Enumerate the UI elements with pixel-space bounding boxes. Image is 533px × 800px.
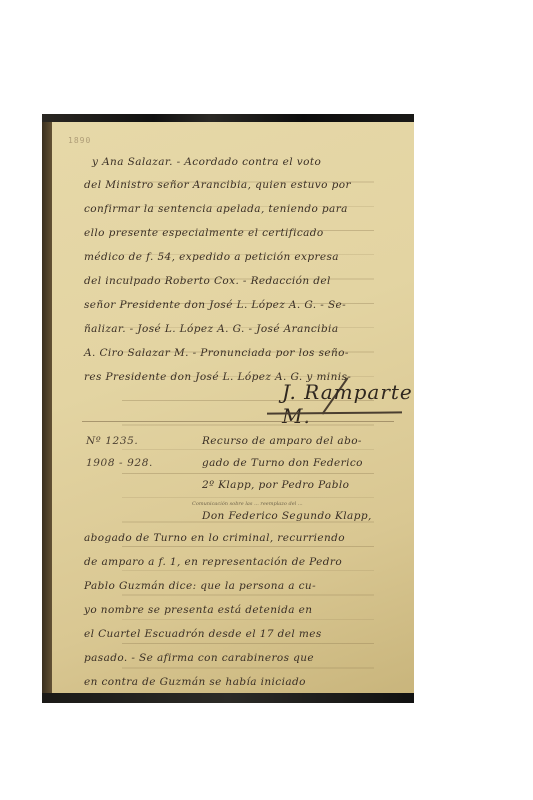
body-line: en contra de Guzmán se había iniciado xyxy=(84,676,306,688)
entry-heading-line: Recurso de amparo del abo- xyxy=(202,435,362,447)
text-line: confirmar la sentencia apelada, teniendo… xyxy=(84,203,348,215)
body-line: yo nombre se presenta está detenida en xyxy=(84,604,312,616)
body-line: de amparo a f. 1, en representación de P… xyxy=(84,556,342,568)
entry-heading-line: gado de Turno don Federico xyxy=(202,457,363,469)
text-line: del inculpado Roberto Cox. - Redacción d… xyxy=(84,275,331,287)
body-line: Don Federico Segundo Klapp, xyxy=(202,510,372,522)
text-line: A. Ciro Salazar M. - Pronunciada por los… xyxy=(84,347,349,359)
text-line: y Ana Salazar. - Acordado contra el voto xyxy=(92,156,321,168)
paper-page: 1890 y Ana Salazar. - Acordado contra el… xyxy=(52,122,414,693)
page-stamp: 1890 xyxy=(68,136,91,145)
case-reference: 1908 - 928. xyxy=(86,457,153,469)
interlinear-note: Comunicación sobre las ... reemplazo del… xyxy=(192,501,303,507)
body-line: pasado. - Se afirma con carabineros que xyxy=(84,652,314,664)
scan-bottom-edge xyxy=(42,693,414,703)
document-scan: 1890 y Ana Salazar. - Acordado contra el… xyxy=(42,114,414,703)
text-line: señor Presidente don José L. López A. G.… xyxy=(84,299,346,311)
text-line: ello presente especialmente el certifica… xyxy=(84,227,324,239)
section-divider xyxy=(82,421,394,422)
entry-heading-line: 2º Klapp, por Pedro Pablo xyxy=(202,479,349,491)
text-line: del Ministro señor Arancibia, quien estu… xyxy=(84,179,351,191)
body-line: abogado de Turno en lo criminal, recurri… xyxy=(84,532,345,544)
text-line: médico de f. 54, expedido a petición exp… xyxy=(84,251,339,263)
entry-number: Nº 1235. xyxy=(86,435,138,447)
scan-top-edge xyxy=(42,114,414,122)
body-line: el Cuartel Escuadrón desde el 17 del mes xyxy=(84,628,322,640)
body-line: Pablo Guzmán dice: que la persona a cu- xyxy=(84,580,316,592)
text-line: ñalizar. - José L. López A. G. - José Ar… xyxy=(84,323,338,335)
